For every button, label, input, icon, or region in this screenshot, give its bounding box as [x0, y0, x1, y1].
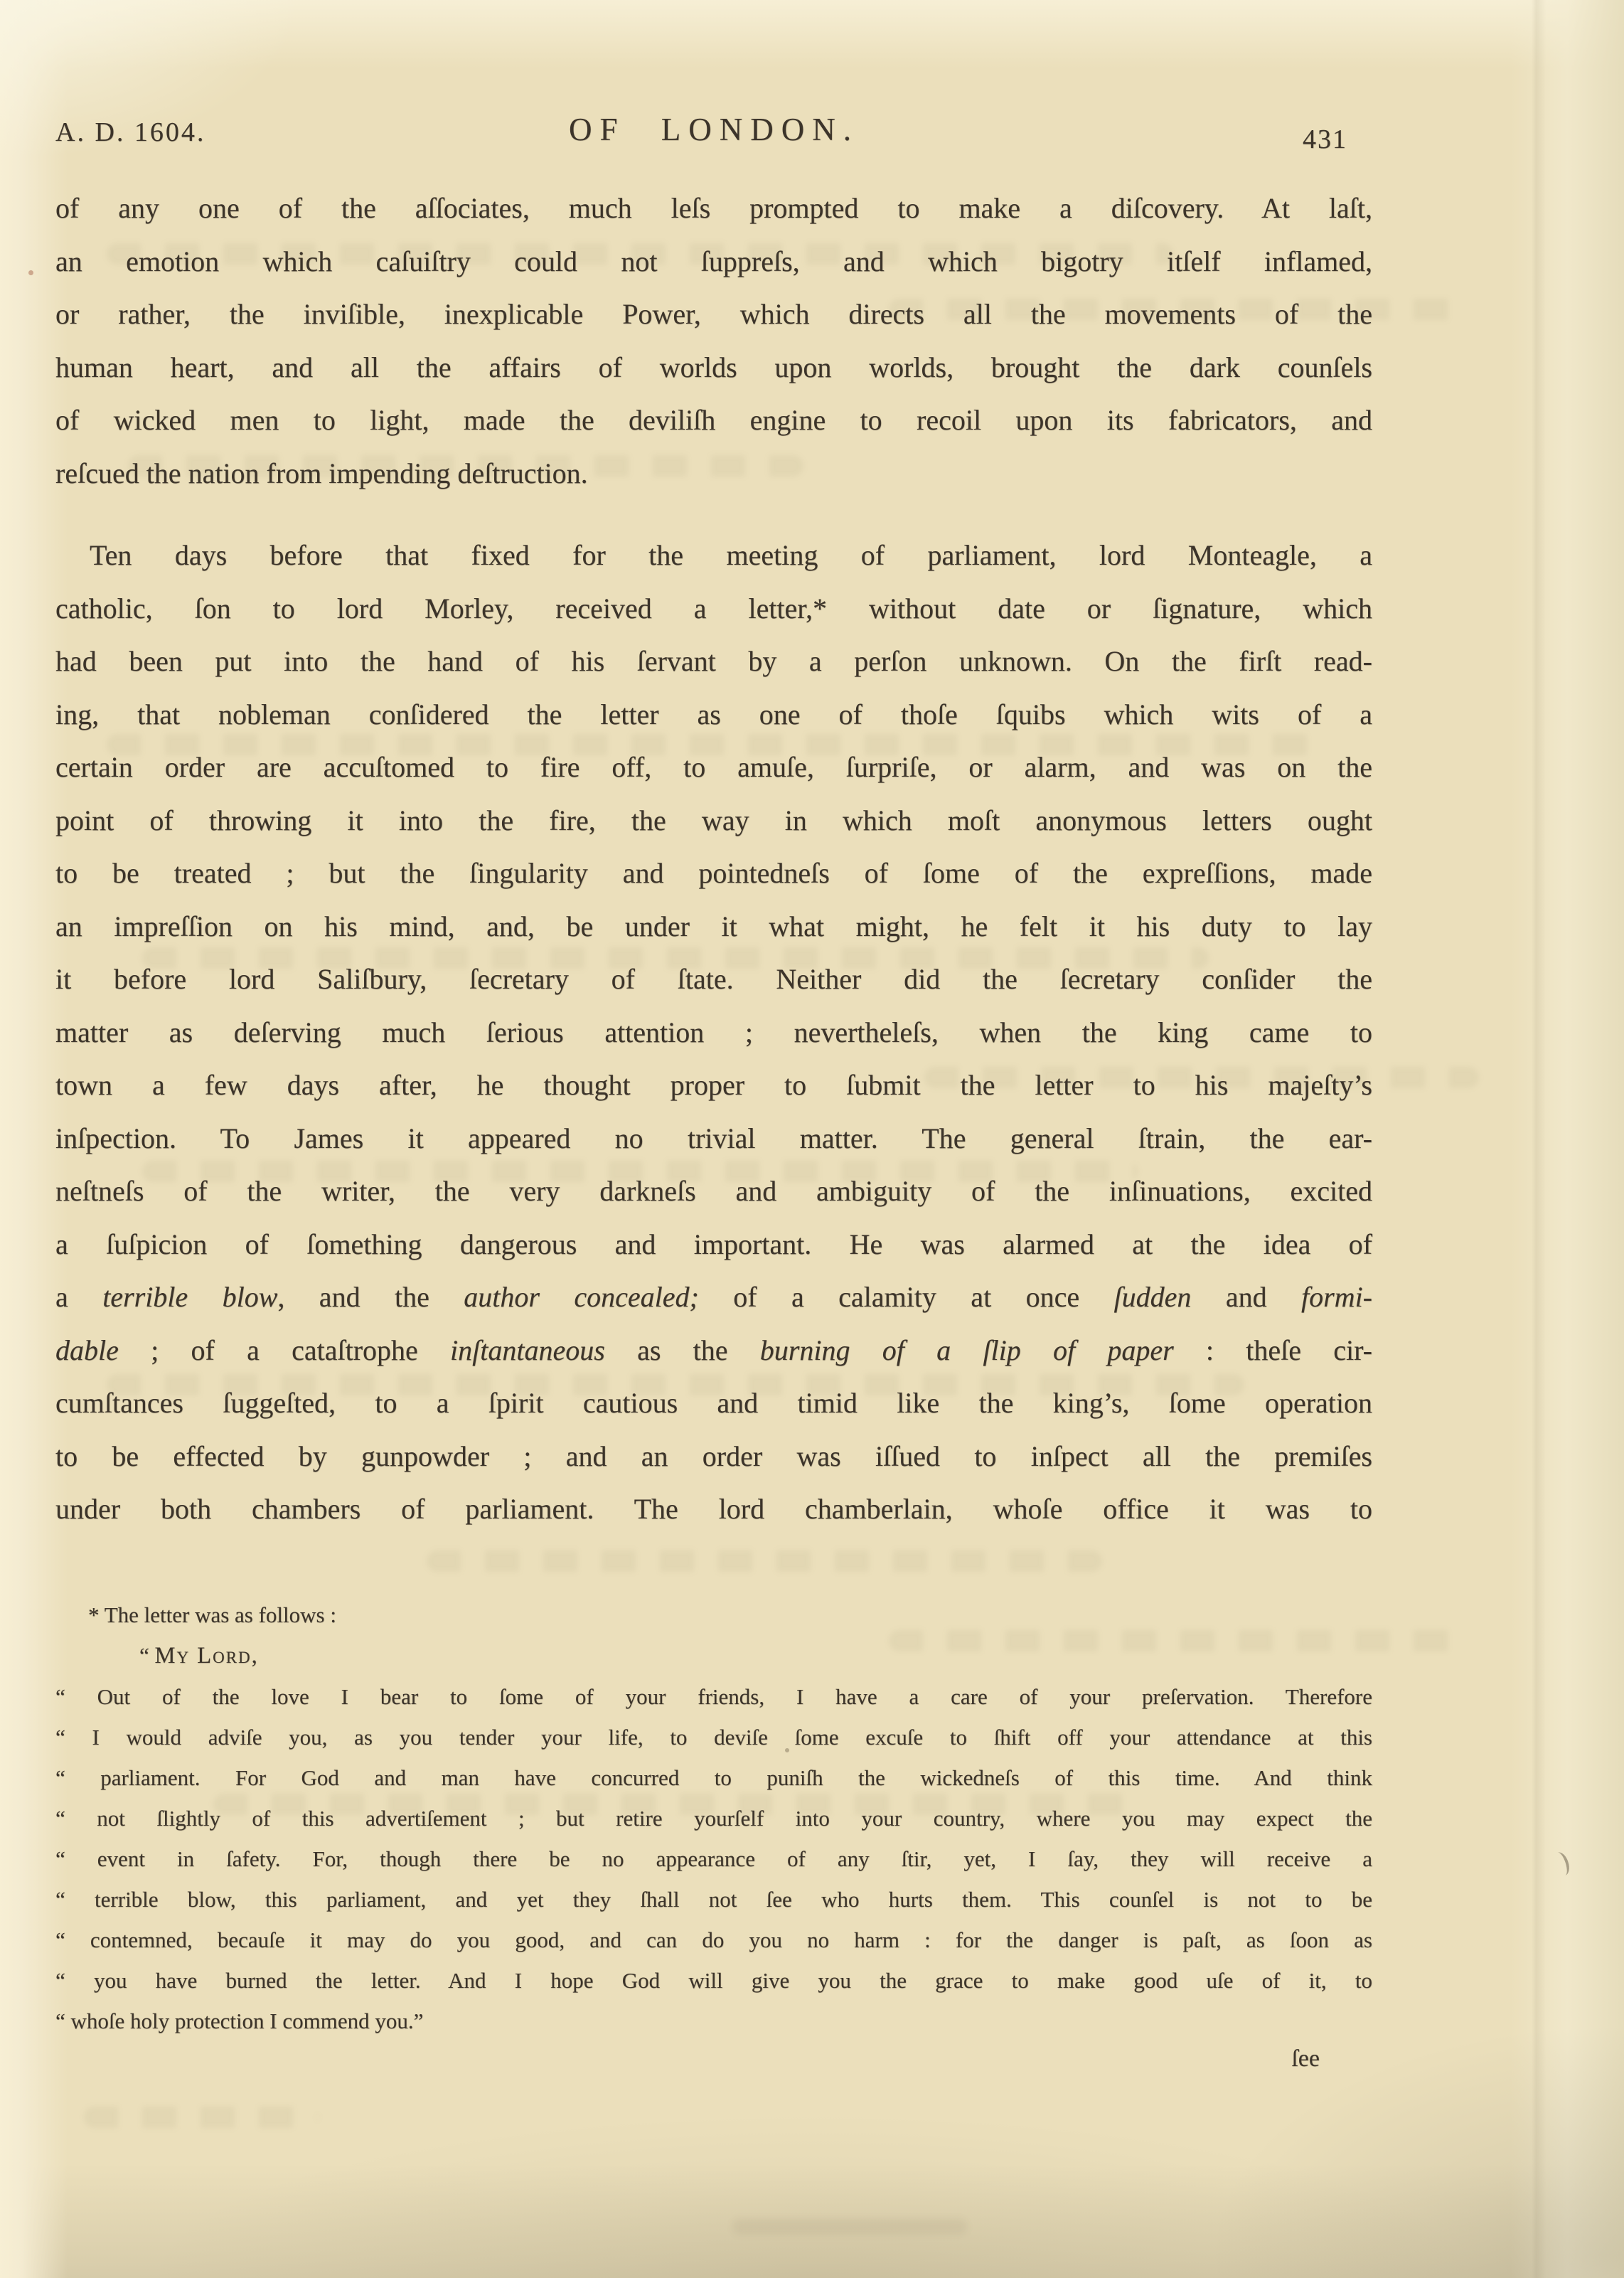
page-number: 431 — [1303, 124, 1347, 155]
text-line: “ you have burned the letter. And I hope… — [55, 1960, 1372, 2001]
text-line: “ terrible blow, this parliament, and ye… — [55, 1879, 1372, 1920]
scanned-book-page: A. D. 1604. OF LONDON. 431 of any one of… — [0, 0, 1624, 2278]
text-line: to be treated ; but the ſingularity and … — [55, 847, 1372, 900]
text-line: had been put into the hand of his ſervan… — [55, 635, 1372, 688]
text-line: under both chambers of parliament. The l… — [55, 1483, 1372, 1536]
text-line: of wicked men to light, made the deviliſ… — [55, 394, 1372, 447]
main-text-block: of any one of the aſſociates, much leſs … — [55, 182, 1372, 1536]
catchword: ſee — [55, 2045, 1372, 2072]
body-paragraph-1: of any one of the aſſociates, much leſs … — [55, 182, 1372, 500]
text-line: dable ; of a cataſtrophe inſtantaneous a… — [55, 1324, 1372, 1378]
text-line: “ parliament. For God and man have concu… — [55, 1757, 1372, 1798]
footnote-letter: * The letter was as follows :“ My Lord,“… — [55, 1595, 1372, 2041]
text-line: matter as deſerving much ſerious attenti… — [55, 1006, 1372, 1060]
text-line: an emotion which caſuiſtry could not ſup… — [55, 235, 1372, 289]
text-line: “ not ſlightly of this advertiſement ; b… — [55, 1798, 1372, 1838]
text-line: an impreſſion on his mind, and, be under… — [55, 900, 1372, 954]
text-line: it before lord Saliſbury, ſecretary of ſ… — [55, 953, 1372, 1006]
text-line: neſtneſs of the writer, the very darkneſ… — [55, 1165, 1372, 1218]
text-line: a ſuſpicion of ſomething dangerous and i… — [55, 1218, 1372, 1272]
paper-smudge — [732, 2219, 967, 2235]
paper-speck — [28, 270, 33, 275]
text-line: reſcued the nation from impending deſtru… — [55, 447, 1372, 501]
text-line: or rather, the inviſible, inexplicable P… — [55, 288, 1372, 341]
text-line: of any one of the aſſociates, much leſs … — [55, 182, 1372, 235]
text-line: Ten days before that fixed for the meeti… — [55, 529, 1372, 582]
ink-mark — [1551, 1851, 1572, 1878]
text-line: a terrible blow, and the author conceale… — [55, 1271, 1372, 1324]
text-line: inſpection. To James it appeared no triv… — [55, 1112, 1372, 1166]
text-line: “ event in ſafety. For, though there be … — [55, 1838, 1372, 1879]
show-through-ghost — [427, 1550, 1102, 1572]
text-line: town a few days after, he thought proper… — [55, 1059, 1372, 1112]
running-header-title: OF LONDON. — [55, 111, 1372, 148]
text-line: “ My Lord, — [55, 1635, 1372, 1676]
text-line: point of throwing it into the fire, the … — [55, 794, 1372, 848]
text-line: * The letter was as follows : — [55, 1595, 1372, 1635]
text-line: human heart, and all the affairs of worl… — [55, 341, 1372, 395]
text-line: ing, that nobleman conſidered the letter… — [55, 688, 1372, 742]
text-line: “ contemned, becauſe it may do you good,… — [55, 1920, 1372, 1960]
text-line: to be effected by gunpowder ; and an ord… — [55, 1430, 1372, 1484]
text-line: catholic, ſon to lord Morley, received a… — [55, 582, 1372, 636]
text-line: “ Out of the love I bear to ſome of your… — [55, 1676, 1372, 1717]
body-paragraph-2: Ten days before that fixed for the meeti… — [55, 529, 1372, 1536]
text-line: “ whoſe holy protection I commend you.” — [55, 2001, 1372, 2041]
show-through-ghost — [84, 2107, 319, 2128]
text-line: cumſtances ſuggeſted, to a ſpirit cautio… — [55, 1377, 1372, 1430]
text-line: “ I would adviſe you, as you tender your… — [55, 1717, 1372, 1757]
text-line: certain order are accuſtomed to fire off… — [55, 741, 1372, 794]
